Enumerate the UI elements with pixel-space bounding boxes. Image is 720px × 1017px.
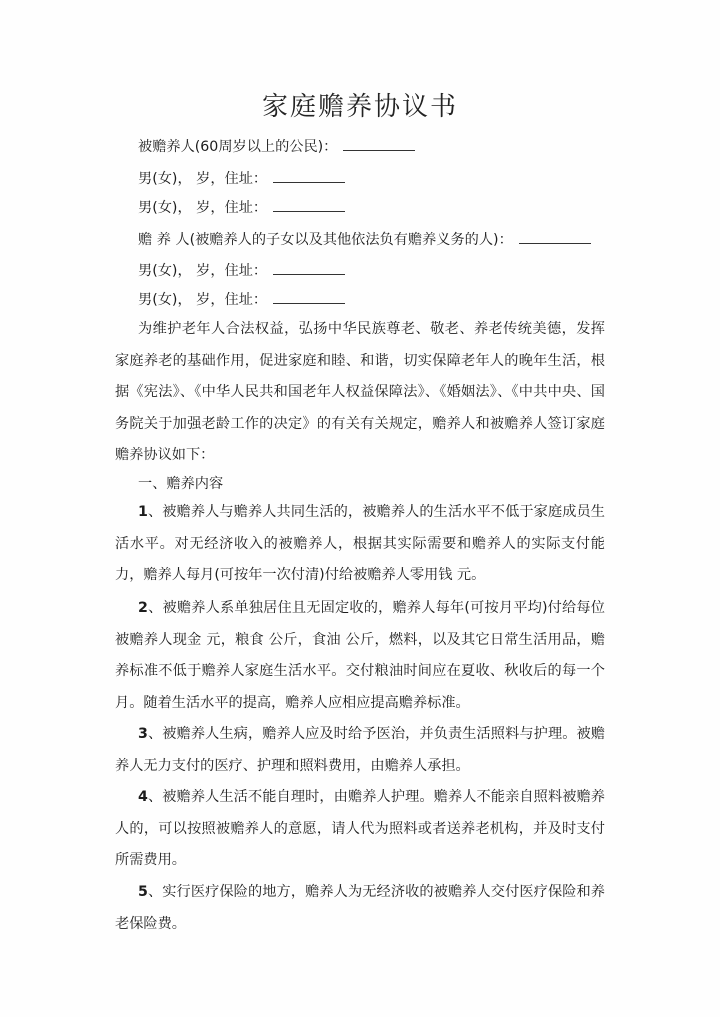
document-title: 家庭赡养协议书: [0, 86, 720, 123]
supported-row-label: 男(女)， 岁，住址：: [138, 200, 267, 216]
supported-party-blank[interactable]: [343, 138, 415, 151]
clause-1: 1、被赡养人与赡养人共同生活的，被赡养人的生活水平不低于家庭成员生活水平。对无经…: [115, 497, 605, 592]
supported-row-1: 男(女)， 岁，住址：: [138, 170, 345, 188]
clause-2: 2、被赡养人系单独居住且无固定收的，赡养人每年(可按月平均)付给每位被赡养人现金…: [115, 593, 605, 719]
clause-text: 、被赡养人系单独居住且无固定收的，赡养人每年(可按月平均)付给每位被赡养人现金 …: [115, 600, 605, 711]
section-heading: 一、赡养内容: [138, 473, 223, 493]
supporter-party-blank[interactable]: [519, 231, 591, 244]
clause-number: 4: [138, 789, 148, 805]
clause-number: 3: [138, 726, 148, 742]
supporter-party-label: 赡 养 人(被赡养人的子女以及其他依法负有赡养义务的人)：: [138, 232, 513, 248]
clause-number: 1: [138, 504, 148, 520]
supporter-row-label: 男(女)， 岁，住址：: [138, 292, 267, 308]
supporter-row-1: 男(女)， 岁，住址：: [138, 262, 345, 280]
clause-text: 、被赡养人生病，赡养人应及时给予医治，并负责生活照料与护理。被赡养人无力支付的医…: [115, 726, 605, 774]
address-blank[interactable]: [273, 199, 345, 212]
clause-4: 4、被赡养人生活不能自理时，由赡养人护理。赡养人不能亲自照料被赡养人的，可以按照…: [115, 782, 605, 877]
clause-5: 5、实行医疗保险的地方，赡养人为无经济收的被赡养人交付医疗保险和养老保险费。: [115, 877, 605, 940]
supporter-row-label: 男(女)， 岁，住址：: [138, 263, 267, 279]
address-blank[interactable]: [273, 262, 345, 275]
document-page: 家庭赡养协议书 被赡养人(60周岁以上的公民)： 男(女)， 岁，住址： 男(女…: [0, 0, 720, 1017]
clause-number: 2: [138, 600, 148, 616]
clause-number: 5: [138, 884, 148, 900]
address-blank[interactable]: [273, 170, 345, 183]
address-blank[interactable]: [273, 291, 345, 304]
clause-3: 3、被赡养人生病，赡养人应及时给予医治，并负责生活照料与护理。被赡养人无力支付的…: [115, 719, 605, 782]
supported-party-label: 被赡养人(60周岁以上的公民)：: [138, 139, 337, 155]
clause-text: 、被赡养人生活不能自理时，由赡养人护理。赡养人不能亲自照料被赡养人的，可以按照被…: [115, 789, 605, 868]
supported-party-line: 被赡养人(60周岁以上的公民)：: [138, 138, 415, 156]
supported-row-2: 男(女)， 岁，住址：: [138, 199, 345, 217]
preamble-paragraph: 为维护老年人合法权益，弘扬中华民族尊老、敬老、养老传统美德，发挥家庭养老的基础作…: [115, 314, 605, 472]
supported-row-label: 男(女)， 岁，住址：: [138, 171, 267, 187]
supporter-party-line: 赡 养 人(被赡养人的子女以及其他依法负有赡养义务的人)：: [138, 231, 591, 249]
supporter-row-2: 男(女)， 岁，住址：: [138, 291, 345, 309]
clause-text: 、被赡养人与赡养人共同生活的，被赡养人的生活水平不低于家庭成员生活水平。对无经济…: [115, 504, 605, 583]
clause-text: 、实行医疗保险的地方，赡养人为无经济收的被赡养人交付医疗保险和养老保险费。: [115, 884, 605, 932]
